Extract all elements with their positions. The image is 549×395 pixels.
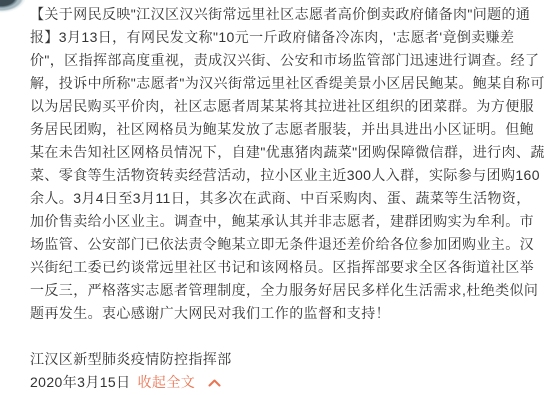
post-date: 2020年3月15日: [30, 371, 131, 394]
notice-text-line: 余人。3月4日至3月11日，其多次在武商、中百采购肉、蛋、蔬菜等生活物资，: [30, 187, 542, 210]
notice-text-line: 兴街纪工委已约谈常远里社区书记和该网格员。区指挥部要求全区各街道社区举: [30, 256, 542, 279]
signature-line: 江汉区新型肺炎疫情防控指挥部: [30, 348, 542, 371]
notice-text-line: 解，投诉中所称"志愿者"为汉兴街常远里社区香缇美景小区居民鲍某。鲍某自称可: [30, 72, 542, 95]
date-row: 2020年3月15日 收起全文: [30, 371, 542, 394]
collapse-full-text-link[interactable]: 收起全文: [138, 371, 222, 394]
notice-post: 【关于网民反映"江汉区汉兴街常远里社区志愿者高价倒卖政府储备肉"问题的通 报】3…: [30, 3, 542, 394]
notice-text-line: 某在未告知社区网格员情况下，自建"优惠猪肉蔬菜"团购保障微信群，进行肉、蔬: [30, 141, 542, 164]
notice-text: 【关于网民反映"江汉区汉兴街常远里社区志愿者高价倒卖政府储备肉"问题的通 报】3…: [30, 3, 542, 325]
notice-text-line: 场监管、公安部门已依法责令鲍某立即无条件退还差价给各位参加团购业主。汉: [30, 233, 542, 256]
signature-block: 江汉区新型肺炎疫情防控指挥部 2020年3月15日 收起全文: [30, 348, 542, 394]
notice-text-line: 务居民团购，社区网格员为鲍某发放了志愿者服装，并出具进出小区证明。但鲍: [30, 118, 542, 141]
chevron-up-icon[interactable]: [208, 379, 221, 387]
notice-text-line: 报】3月13日，有网民发文称"10元一斤政府储备冷冻肉，'志愿者'竟倒卖赚差: [30, 26, 542, 49]
notice-text-line: 以为居民购买平价肉，社区志愿者周某某将其拉进社区组织的团菜群。为方便服: [30, 95, 542, 118]
avatar-corner-artifact: [0, 0, 26, 15]
notice-text-line: 加价售卖给小区业主。调查中，鲍某承认其并非志愿者，建群团购实为牟利。市: [30, 210, 542, 233]
notice-text-line: 一反三，严格落实志愿者管理制度，全力服务好居民多样化生活需求,杜绝类似问: [30, 279, 542, 302]
notice-text-line: 题再发生。衷心感谢广大网民对我们工作的监督和支持！: [30, 302, 542, 325]
notice-text-line: 价"，区指挥部高度重视，责成汉兴街、公安和市场监管部门迅速进行调查。经了: [30, 49, 542, 72]
collapse-link-label[interactable]: 收起全文: [138, 371, 196, 394]
notice-text-line: 【关于网民反映"江汉区汉兴街常远里社区志愿者高价倒卖政府储备肉"问题的通: [30, 3, 542, 26]
notice-text-line: 菜、零食等生活物资转卖经营活动，拉小区业主近300人入群，实际参与团购160: [30, 164, 542, 187]
